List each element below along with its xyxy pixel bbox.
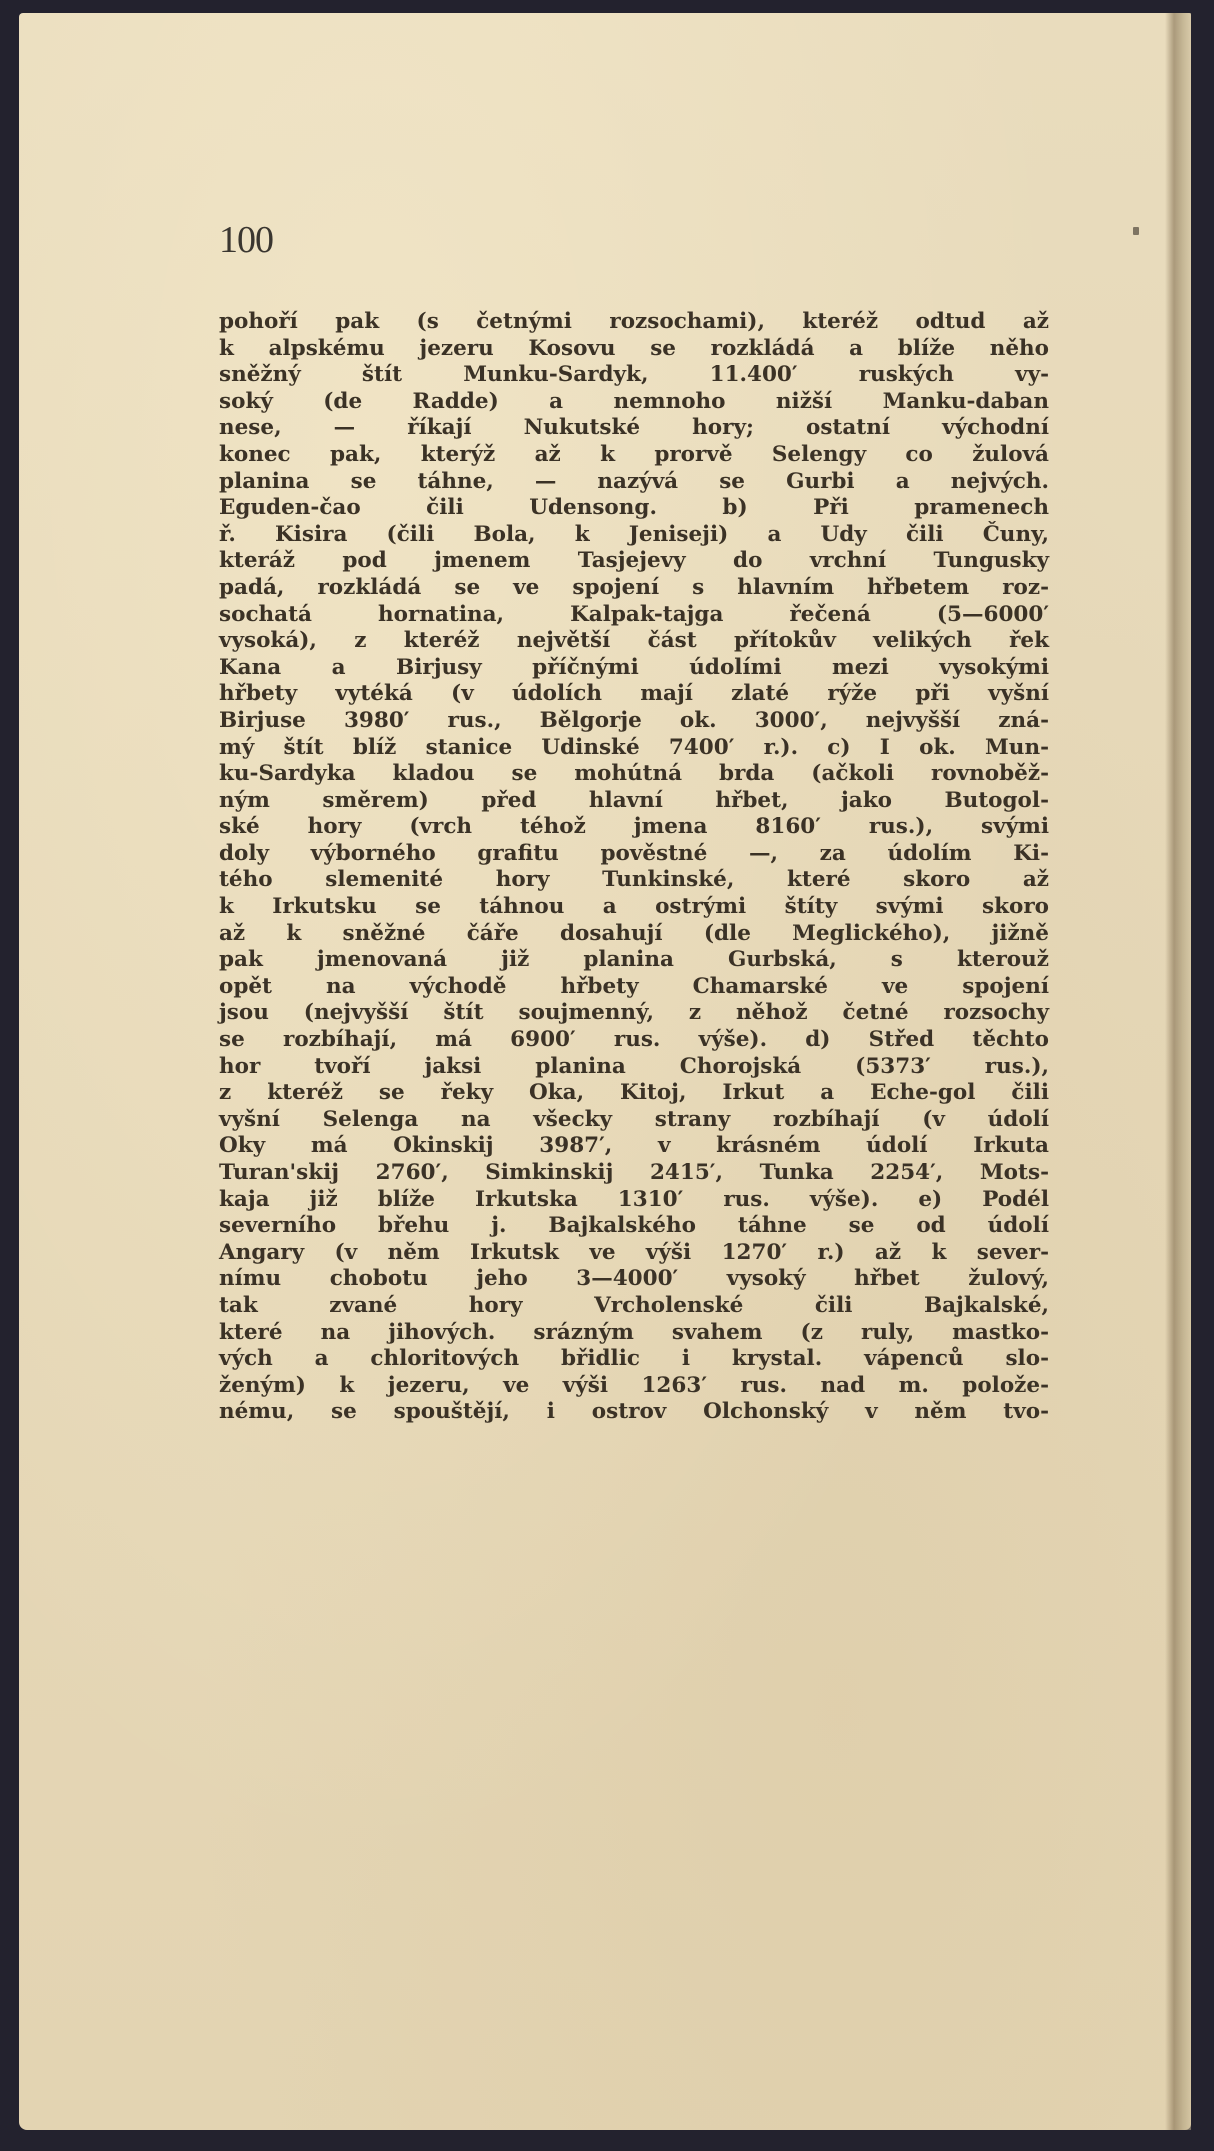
paper-speck (1133, 227, 1139, 235)
text-line: opět na východě hřbety Chamarské ve spoj… (219, 974, 1049, 1001)
text-line: kteráž pod jmenem Tasjejevy do vrchní Tu… (219, 548, 1049, 575)
text-line: ženým) k jezeru, ve výši 1263′ rus. nad … (219, 1373, 1049, 1400)
page-gutter-shadow (1165, 13, 1191, 2130)
text-line: hřbety vytéká (v údolích mají zlaté rýže… (219, 681, 1049, 708)
text-line: Turan'skij 2760′, Simkinskij 2415′, Tunk… (219, 1160, 1049, 1187)
text-line: tak zvané hory Vrcholenské čili Bajkalsk… (219, 1293, 1049, 1320)
text-line: k alpskému jezeru Kosovu se rozkládá a b… (219, 336, 1049, 363)
text-line: k Irkutsku se táhnou a ostrými štíty svý… (219, 894, 1049, 921)
text-line: planina se táhne, — nazývá se Gurbi a ne… (219, 469, 1049, 496)
text-line: vysoká), z kteréž největší část přítokův… (219, 628, 1049, 655)
body-text: pohoří pak (s četnými rozsochami), které… (219, 309, 1049, 1426)
text-line: ské hory (vrch téhož jmena 8160′ rus.), … (219, 814, 1049, 841)
text-line: vých a chloritových břidlic i krystal. v… (219, 1346, 1049, 1373)
text-line: Oky má Okinskij 3987′, v krásném údolí I… (219, 1133, 1049, 1160)
text-line: pohoří pak (s četnými rozsochami), které… (219, 309, 1049, 336)
text-line: nese, — říkají Nukutské hory; ostatní vý… (219, 415, 1049, 442)
text-line: padá, rozkládá se ve spojení s hlavním h… (219, 575, 1049, 602)
page-number: 100 (219, 221, 273, 259)
text-line: ř. Kisira (čili Bola, k Jeniseji) a Udy … (219, 522, 1049, 549)
text-line: tého slemenité hory Tunkinské, které sko… (219, 867, 1049, 894)
text-line: jsou (nejvyšší štít soujmenný, z něhož č… (219, 1000, 1049, 1027)
text-line: hor tvoří jaksi planina Chorojská (5373′… (219, 1054, 1049, 1081)
text-line: konec pak, kterýž až k prorvě Selengy co… (219, 442, 1049, 469)
text-line: které na jihových. srázným svahem (z rul… (219, 1320, 1049, 1347)
text-line: z kteréž se řeky Oka, Kitoj, Irkut a Ech… (219, 1080, 1049, 1107)
text-line: ným směrem) před hlavní hřbet, jako Buto… (219, 788, 1049, 815)
text-line: nímu chobotu jeho 3—4000′ vysoký hřbet ž… (219, 1266, 1049, 1293)
text-line: Angary (v něm Irkutsk ve výši 1270′ r.) … (219, 1240, 1049, 1267)
text-line: severního břehu j. Bajkalského táhne se … (219, 1213, 1049, 1240)
text-line: Birjuse 3980′ rus., Bělgorje ok. 3000′, … (219, 708, 1049, 735)
text-line: se rozbíhají, má 6900′ rus. výše). d) St… (219, 1027, 1049, 1054)
text-line: vyšní Selenga na všecky strany rozbíhají… (219, 1107, 1049, 1134)
text-line: až k sněžné čáře dosahují (dle Meglickéh… (219, 921, 1049, 948)
text-line: mý štít blíž stanice Udinské 7400′ r.). … (219, 735, 1049, 762)
text-line: doly výborného grafitu pověstné —, za úd… (219, 841, 1049, 868)
text-line: soký (de Radde) a nemnoho nižší Manku-da… (219, 389, 1049, 416)
text-line: pak jmenovaná již planina Gurbská, s kte… (219, 947, 1049, 974)
text-line: Eguden-čao čili Udensong. b) Při pramene… (219, 495, 1049, 522)
text-line: nému, se spouštějí, i ostrov Olchonský v… (219, 1399, 1049, 1426)
text-line: Kana a Birjusy příčnými údolími mezi vys… (219, 655, 1049, 682)
book-page: 100 pohoří pak (s četnými rozsochami), k… (19, 13, 1191, 2130)
text-line: sochatá hornatina, Kalpak-tajga řečená (… (219, 602, 1049, 629)
text-line: sněžný štít Munku-Sardyk, 11.400′ ruskýc… (219, 362, 1049, 389)
text-line: kaja již blíže Irkutska 1310′ rus. výše)… (219, 1187, 1049, 1214)
text-line: ku-Sardyka kladou se mohútná brda (ačkol… (219, 761, 1049, 788)
